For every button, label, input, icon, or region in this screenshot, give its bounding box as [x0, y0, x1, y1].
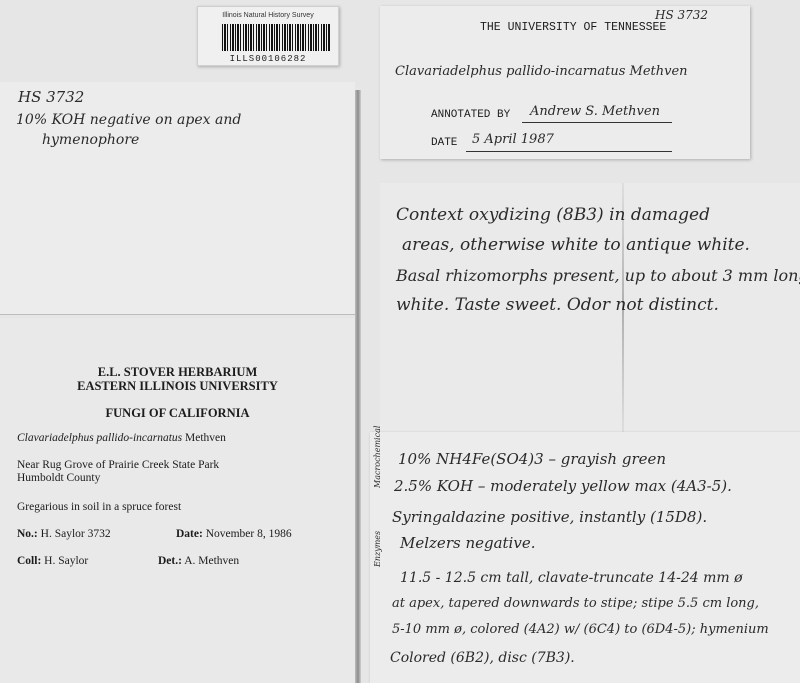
barcode-label: Illinois Natural History Survey ILLS0010…	[197, 6, 339, 66]
locality-line-1: Near Rug Grove of Prairie Creek State Pa…	[17, 459, 219, 471]
description-line: Context oxydizing (8B3) in damaged	[396, 205, 710, 225]
annotation-date-line	[466, 151, 672, 152]
collection-number: No.: H. Saylor 3732	[17, 528, 111, 540]
annotation-collection-number: HS 3732	[655, 8, 708, 22]
locality-line-2: Humboldt County	[17, 472, 100, 484]
det-value: A. Methven	[182, 555, 239, 567]
annotation-date-value: 5 April 1987	[472, 132, 554, 147]
annotation-taxon: Clavariadelphus pallido-incarnatus Methv…	[395, 64, 688, 79]
note-collection-number: HS 3732	[18, 88, 84, 106]
chemistry-note: Macrochemical Enzymes 10% NH4Fe(SO4)3 – …	[370, 432, 800, 683]
annotation-label: THE UNIVERSITY OF TENNESSEE HS 3732 Clav…	[380, 6, 750, 159]
university-name: EASTERN ILLINOIS UNIVERSITY	[0, 379, 355, 394]
collection-date: Date: November 8, 1986	[176, 528, 292, 540]
herbarium-name: E.L. STOVER HERBARIUM	[0, 365, 355, 380]
det-label: Det.:	[158, 555, 182, 567]
date-value: November 8, 1986	[203, 528, 292, 540]
annotation-date-label: DATE	[431, 137, 457, 149]
margin-label-enzymes: Enzymes	[373, 531, 382, 567]
paper-fold	[0, 314, 355, 315]
margin-label-macrochemical: Macrochemical	[373, 426, 382, 488]
determiner: Det.: A. Methven	[158, 555, 239, 567]
packet-edge	[355, 90, 361, 683]
barcode-image	[222, 24, 330, 51]
taxon-name: Clavariadelphus pallido-incarnatus Methv…	[17, 432, 226, 444]
chemistry-line: 10% NH4Fe(SO4)3 – grayish green	[398, 450, 666, 468]
collector: Coll: H. Saylor	[17, 555, 88, 567]
chemistry-line: Syringaldazine positive, instantly (15D8…	[392, 508, 707, 526]
coll-value: H. Saylor	[41, 555, 88, 567]
description-line: areas, otherwise white to antique white.	[402, 235, 750, 255]
chemistry-line: 2.5% KOH – moderately yellow max (4A3-5)…	[394, 477, 732, 495]
description-line: Basal rhizomorphs present, up to about 3…	[396, 266, 800, 285]
paper-fold	[622, 183, 624, 433]
margin-label-text: Enzymes	[373, 531, 382, 567]
description-line: white. Taste sweet. Odor not distinct.	[396, 295, 719, 315]
handwritten-koh-note: HS 3732 10% KOH negative on apex and hym…	[0, 82, 355, 314]
no-label: No.:	[17, 528, 38, 540]
herbarium-label: E.L. STOVER HERBARIUM EASTERN ILLINOIS U…	[0, 318, 355, 683]
annotated-by-signature: Andrew S. Methven	[530, 104, 660, 119]
annotated-by-line	[522, 122, 672, 123]
margin-label-text: Macrochemical	[373, 426, 382, 488]
chemistry-line: Melzers negative.	[400, 534, 535, 552]
coll-label: Coll:	[17, 555, 41, 567]
note-koh-line: 10% KOH negative on apex and	[16, 112, 241, 128]
chemistry-line: 5-10 mm ø, colored (4A2) w/ (6C4) to (6D…	[392, 622, 769, 637]
barcode-number: ILLS00106282	[198, 54, 338, 64]
date-label: Date:	[176, 528, 203, 540]
chemistry-line: Colored (6B2), disc (7B3).	[390, 650, 575, 666]
annotated-by-label: ANNOTATED BY	[431, 109, 510, 121]
series-title: FUNGI OF CALIFORNIA	[0, 406, 355, 421]
note-hymenophore-line: hymenophore	[42, 132, 139, 148]
taxon-italic: Clavariadelphus pallido-incarnatus	[17, 432, 182, 444]
barcode-institution: Illinois Natural History Survey	[198, 12, 338, 19]
chemistry-line: at apex, tapered downwards to stipe; sti…	[392, 596, 759, 611]
taxon-author: Methven	[182, 432, 226, 444]
chemistry-line: 11.5 - 12.5 cm tall, clavate-truncate 14…	[400, 570, 743, 586]
description-note: Context oxydizing (8B3) in damaged areas…	[380, 183, 800, 433]
no-value: H. Saylor 3732	[38, 528, 111, 540]
annotation-title: THE UNIVERSITY OF TENNESSEE	[480, 21, 666, 34]
habitat: Gregarious in soil in a spruce forest	[17, 501, 181, 513]
